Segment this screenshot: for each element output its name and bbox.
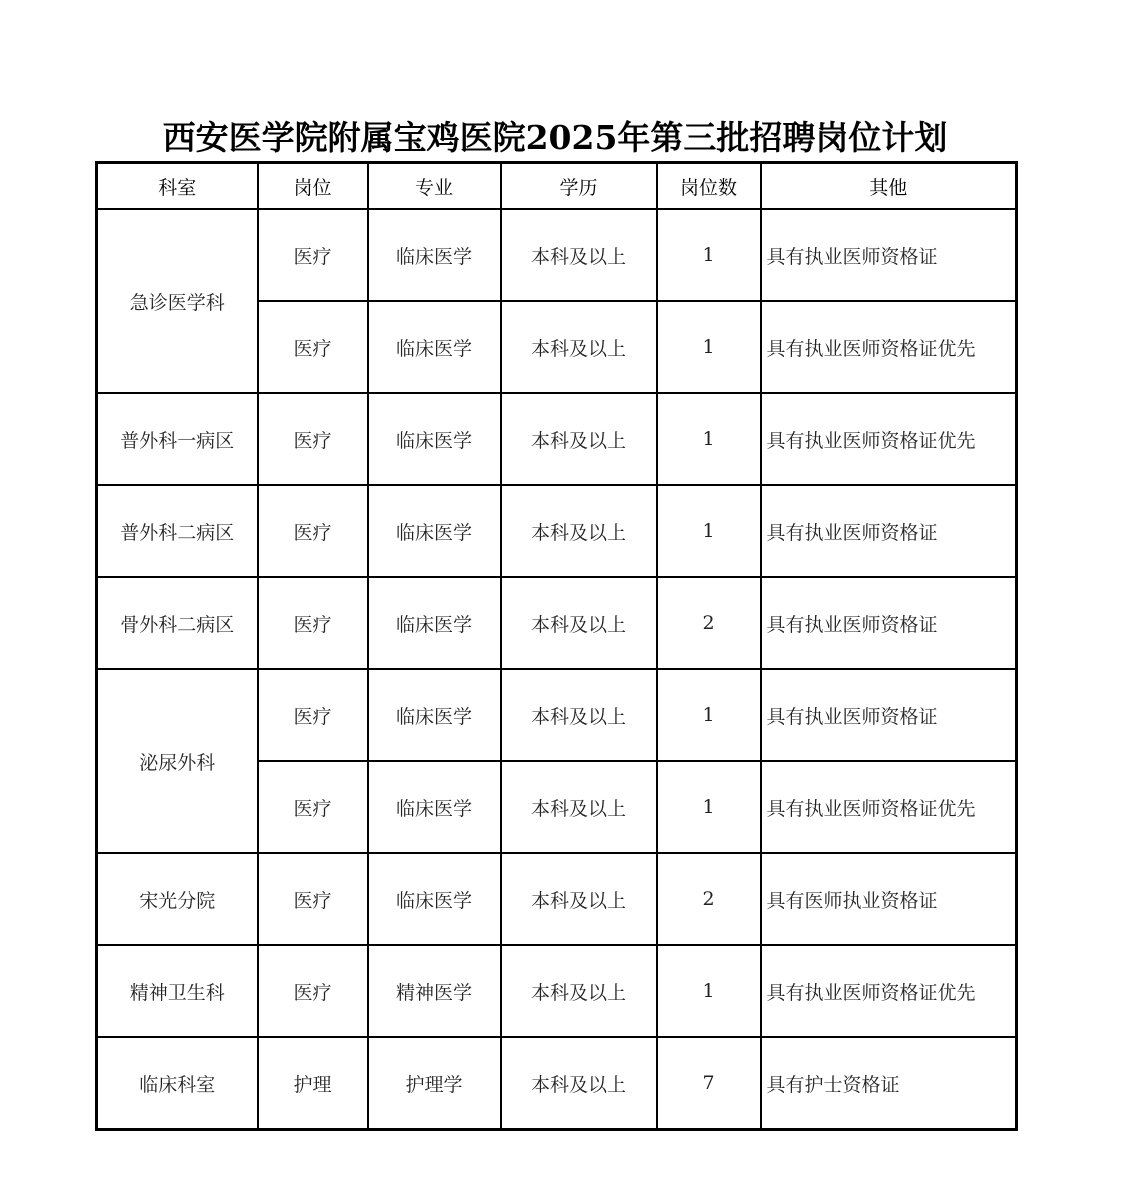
cell-count: 1 — [657, 301, 761, 393]
cell-count: 1 — [657, 761, 761, 853]
cell-major: 精神医学 — [368, 945, 501, 1037]
cell-dept: 骨外科二病区 — [97, 577, 258, 669]
cell-count: 7 — [657, 1037, 761, 1130]
cell-post: 医疗 — [258, 853, 368, 945]
cell-education: 本科及以上 — [501, 393, 657, 485]
table-row: 骨外科二病区医疗临床医学本科及以上2具有执业医师资格证 — [97, 577, 1017, 669]
cell-dept: 精神卫生科 — [97, 945, 258, 1037]
cell-other: 具有执业医师资格证 — [761, 669, 1017, 761]
cell-other: 具有执业医师资格证优先 — [761, 761, 1017, 853]
cell-education: 本科及以上 — [501, 209, 657, 301]
cell-post: 医疗 — [258, 761, 368, 853]
cell-education: 本科及以上 — [501, 853, 657, 945]
cell-major: 临床医学 — [368, 393, 501, 485]
cell-other: 具有执业医师资格证优先 — [761, 393, 1017, 485]
cell-dept: 普外科一病区 — [97, 393, 258, 485]
cell-other: 具有执业医师资格证 — [761, 485, 1017, 577]
cell-education: 本科及以上 — [501, 669, 657, 761]
cell-education: 本科及以上 — [501, 945, 657, 1037]
cell-post: 医疗 — [258, 393, 368, 485]
cell-count: 1 — [657, 945, 761, 1037]
table-row: 宋光分院医疗临床医学本科及以上2具有医师执业资格证 — [97, 853, 1017, 945]
cell-count: 1 — [657, 209, 761, 301]
recruitment-table: 科室 岗位 专业 学历 岗位数 其他 急诊医学科医疗临床医学本科及以上1具有执业… — [95, 161, 1018, 1131]
table-row: 泌尿外科医疗临床医学本科及以上1具有执业医师资格证 — [97, 669, 1017, 761]
cell-dept: 急诊医学科 — [97, 209, 258, 393]
cell-major: 临床医学 — [368, 485, 501, 577]
cell-major: 临床医学 — [368, 669, 501, 761]
header-count: 岗位数 — [657, 163, 761, 210]
cell-dept: 普外科二病区 — [97, 485, 258, 577]
cell-post: 医疗 — [258, 209, 368, 301]
cell-major: 临床医学 — [368, 761, 501, 853]
cell-post: 医疗 — [258, 669, 368, 761]
cell-education: 本科及以上 — [501, 577, 657, 669]
cell-major: 临床医学 — [368, 577, 501, 669]
cell-education: 本科及以上 — [501, 301, 657, 393]
cell-major: 临床医学 — [368, 209, 501, 301]
cell-post: 医疗 — [258, 301, 368, 393]
cell-count: 1 — [657, 393, 761, 485]
cell-education: 本科及以上 — [501, 1037, 657, 1130]
cell-dept: 宋光分院 — [97, 853, 258, 945]
cell-other: 具有执业医师资格证 — [761, 577, 1017, 669]
cell-count: 1 — [657, 669, 761, 761]
cell-major: 护理学 — [368, 1037, 501, 1130]
table-row: 临床科室护理护理学本科及以上7具有护士资格证 — [97, 1037, 1017, 1130]
cell-count: 2 — [657, 853, 761, 945]
cell-major: 临床医学 — [368, 301, 501, 393]
cell-count: 1 — [657, 485, 761, 577]
page-title: 西安医学院附属宝鸡医院2025年第三批招聘岗位计划 — [0, 112, 1110, 159]
cell-major: 临床医学 — [368, 853, 501, 945]
table-row: 精神卫生科医疗精神医学本科及以上1具有执业医师资格证优先 — [97, 945, 1017, 1037]
cell-post: 医疗 — [258, 577, 368, 669]
header-major: 专业 — [368, 163, 501, 210]
table-header-row: 科室 岗位 专业 学历 岗位数 其他 — [97, 163, 1017, 210]
cell-other: 具有医师执业资格证 — [761, 853, 1017, 945]
cell-post: 医疗 — [258, 485, 368, 577]
cell-post: 护理 — [258, 1037, 368, 1130]
cell-dept: 临床科室 — [97, 1037, 258, 1130]
header-dept: 科室 — [97, 163, 258, 210]
cell-post: 医疗 — [258, 945, 368, 1037]
cell-other: 具有执业医师资格证优先 — [761, 945, 1017, 1037]
header-other: 其他 — [761, 163, 1017, 210]
cell-dept: 泌尿外科 — [97, 669, 258, 853]
cell-education: 本科及以上 — [501, 761, 657, 853]
cell-count: 2 — [657, 577, 761, 669]
table-row: 普外科二病区医疗临床医学本科及以上1具有执业医师资格证 — [97, 485, 1017, 577]
table-row: 急诊医学科医疗临床医学本科及以上1具有执业医师资格证 — [97, 209, 1017, 301]
cell-other: 具有护士资格证 — [761, 1037, 1017, 1130]
cell-other: 具有执业医师资格证优先 — [761, 301, 1017, 393]
cell-other: 具有执业医师资格证 — [761, 209, 1017, 301]
table-body: 急诊医学科医疗临床医学本科及以上1具有执业医师资格证医疗临床医学本科及以上1具有… — [97, 209, 1017, 1130]
header-education: 学历 — [501, 163, 657, 210]
table-row: 普外科一病区医疗临床医学本科及以上1具有执业医师资格证优先 — [97, 393, 1017, 485]
cell-education: 本科及以上 — [501, 485, 657, 577]
header-post: 岗位 — [258, 163, 368, 210]
